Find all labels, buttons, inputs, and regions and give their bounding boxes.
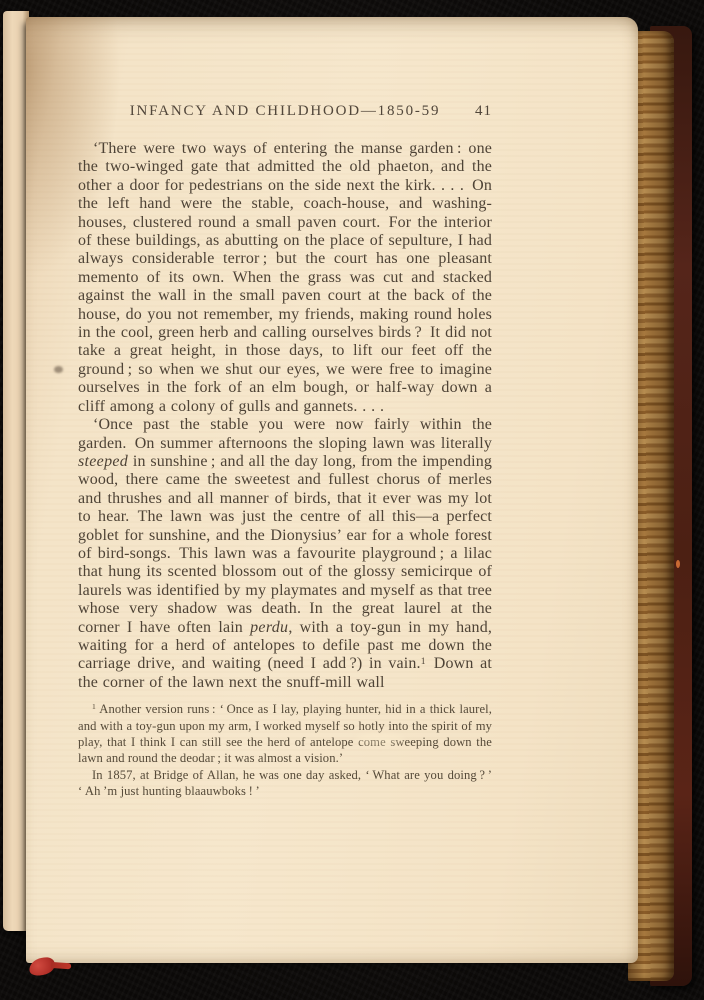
chapter-title: INFANCY AND CHILDHOOD—1850-59 bbox=[130, 103, 441, 119]
cover-wear-speck bbox=[676, 560, 680, 568]
running-header: INFANCY AND CHILDHOOD—1850-59 41 bbox=[78, 103, 492, 120]
book-photograph: INFANCY AND CHILDHOOD—1850-59 41 ‘There … bbox=[0, 0, 704, 1000]
text-column: INFANCY AND CHILDHOOD—1850-59 41 ‘There … bbox=[78, 103, 492, 800]
page-number: 41 bbox=[475, 103, 492, 120]
paragraph-1: ‘There were two ways of entering the man… bbox=[78, 140, 492, 416]
paper-smudge bbox=[54, 366, 63, 373]
footnotes: 1 Another version runs : ‘ Once as I lay… bbox=[78, 701, 492, 799]
footnote-1: 1 Another version runs : ‘ Once as I lay… bbox=[78, 701, 492, 767]
body-text: ‘There were two ways of entering the man… bbox=[78, 140, 492, 692]
paragraph-2: ‘Once past the stable you were now fairl… bbox=[78, 416, 492, 692]
book-page: INFANCY AND CHILDHOOD—1850-59 41 ‘There … bbox=[26, 17, 638, 963]
paper-highlight bbox=[356, 733, 404, 747]
footnote-2: In 1857, at Bridge of Allan, he was one … bbox=[78, 767, 492, 800]
